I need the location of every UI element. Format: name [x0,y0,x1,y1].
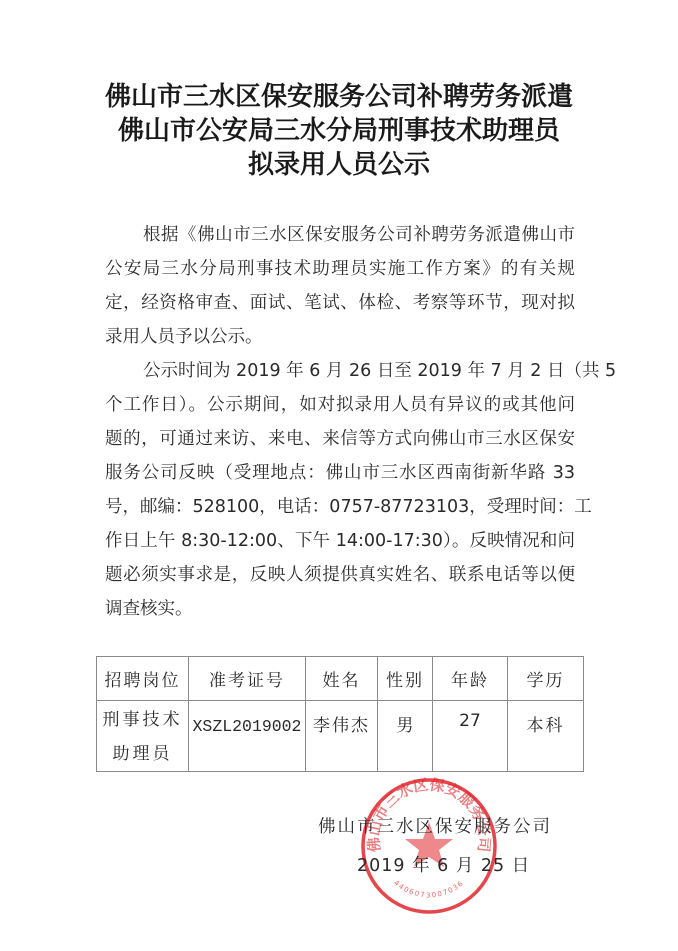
cell-position-line-1: 刑事技术 [97,703,188,737]
paragraph-2-line-1: 公示时间为 2019 年 6 月 26 日至 2019 年 7 月 2 日（共 … [143,359,575,383]
official-seal-icon: 佛山市三水区保安服务公司 4406073007036 [359,776,499,916]
document-title-line-3: 拟录用人员公示 [0,150,678,180]
document-title-line-1: 佛山市三水区保安服务公司补聘劳务派遣 [0,82,678,112]
seal-code-text: 4406073007036 [392,879,465,899]
header-name: 姓名 [306,657,378,701]
table-row: 刑事技术 助理员 XSZL2019002 李伟杰 男 27 本科 [97,701,584,772]
header-gender: 性别 [378,657,433,701]
paragraph-2-line-7: 题必须实事求是，反映人须提供真实姓名、联系电话等以便 [105,563,575,587]
header-age: 年龄 [433,657,508,701]
document-page: 佛山市三水区保安服务公司补聘劳务派遣 佛山市公安局三水分局刑事技术助理员 拟录用… [0,0,678,951]
paragraph-2-line-4: 服务公司反映（受理地点：佛山市三水区西南街新华路 33 [105,461,575,485]
signature-organization: 佛山市三水区保安服务公司 [318,813,552,838]
paragraph-1-line-3: 定，经资格审查、面试、笔试、体检、考察等环节，现对拟 [105,291,575,315]
table-header-row: 招聘岗位 准考证号 姓名 性别 年龄 学历 [97,657,584,701]
candidate-table: 招聘岗位 准考证号 姓名 性别 年龄 学历 刑事技术 助理员 XSZL20190… [96,656,584,772]
header-position: 招聘岗位 [97,657,189,701]
paragraph-2-line-6: 作日上午 8:30-12:00、下午 14:00-17:30）。反映情况和问 [105,529,575,553]
paragraph-2-line-5: 号，邮编：528100，电话：0757-87723103，受理时间：工 [105,495,575,519]
signature-date: 2019 年 6 月 25 日 [357,852,530,877]
paragraph-2-line-8: 调查核实。 [105,597,575,621]
header-exam-id: 准考证号 [189,657,306,701]
cell-exam-id: XSZL2019002 [189,701,306,772]
paragraph-2-line-2: 个工作日）。公示期间，如对拟录用人员有异议的或其他问 [105,393,575,417]
cell-position-line-2: 助理员 [97,737,188,771]
cell-exam-id-text: XSZL2019002 [189,711,305,736]
cell-education: 本科 [508,701,584,772]
paragraph-1-line-1: 根据《佛山市三水区保安服务公司补聘劳务派遣佛山市 [143,223,575,247]
svg-text:4406073007036: 4406073007036 [392,879,465,899]
paragraph-1-line-4: 录用人员予以公示。 [105,325,575,349]
cell-gender: 男 [378,701,433,772]
cell-position: 刑事技术 助理员 [97,701,189,772]
paragraph-2-line-3: 题的，可通过来访、来电、来信等方式向佛山市三水区保安 [105,427,575,451]
header-education: 学历 [508,657,584,701]
cell-name: 李伟杰 [306,701,378,772]
cell-age: 27 [433,701,508,772]
paragraph-1-line-2: 公安局三水分局刑事技术助理员实施工作方案》的有关规 [105,257,575,281]
document-title-line-2: 佛山市公安局三水分局刑事技术助理员 [0,116,678,146]
